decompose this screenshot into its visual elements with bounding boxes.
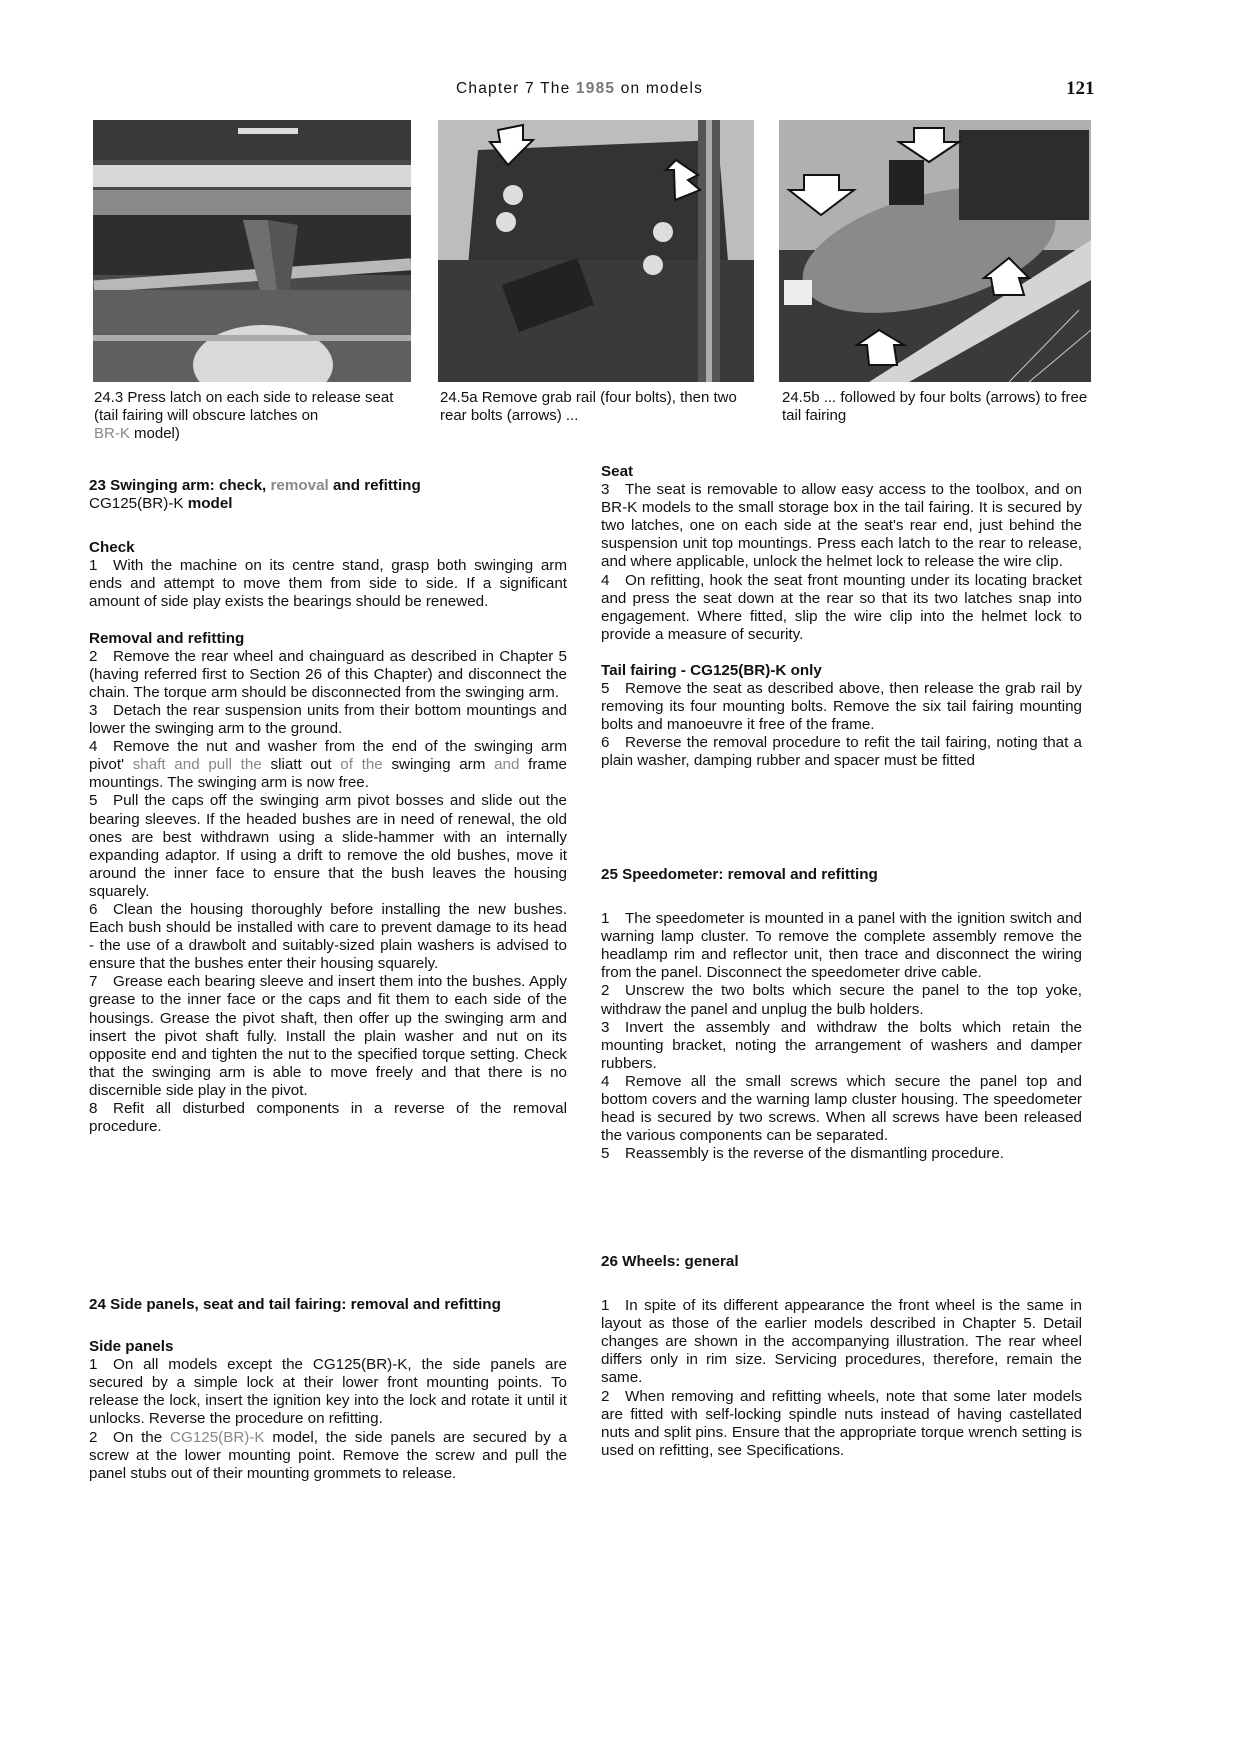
para-number: 1 — [601, 1297, 625, 1315]
caption-text: ... followed by four bolts (arrows) to f… — [782, 389, 1087, 424]
photo-24-3 — [93, 120, 411, 382]
removal-heading: Removal and refitting — [89, 630, 567, 648]
photo-24-5b — [779, 120, 1091, 382]
caption-24-5b: 24.5b ... followed by four bolts (arrows… — [782, 389, 1102, 425]
para-number: 4 — [601, 572, 625, 590]
paragraph: 3The seat is removable to allow easy acc… — [601, 481, 1082, 571]
check-heading: Check — [89, 539, 567, 557]
caption-24-5a: 24.5a Remove grab rail (four bolts), the… — [440, 389, 760, 425]
section-23: 23 Swinging arm: check, removal and refi… — [89, 477, 567, 1136]
model-label: model — [188, 495, 233, 512]
para-text: On all models except the CG125(BR)-K, th… — [89, 1356, 567, 1427]
caption-number: 24.5b — [782, 389, 820, 406]
tail-fairing-heading: Tail fairing - CG125(BR)-K only — [601, 662, 1082, 680]
caption-text: Remove grab rail (four bolts), then two … — [440, 389, 737, 424]
para-number: 4 — [601, 1073, 625, 1091]
paragraph: 1On all models except the CG125(BR)-K, t… — [89, 1356, 567, 1428]
seat-heading: Seat — [601, 463, 1082, 481]
para-text: Reassembly is the reverse of the dismant… — [625, 1145, 1004, 1162]
para-text: swinging arm — [391, 756, 485, 773]
paragraph: 3Invert the assembly and withdraw the bo… — [601, 1019, 1082, 1073]
para-text: Remove the seat as described above, then… — [601, 680, 1082, 733]
paragraph: 8Refit all disturbed components in a rev… — [89, 1100, 567, 1136]
para-number: 3 — [601, 481, 625, 499]
para-text: Unscrew the two bolts which secure the p… — [601, 982, 1082, 1017]
section-26-title: 26 Wheels: general — [601, 1253, 1082, 1271]
paragraph: 1With the machine on its centre stand, g… — [89, 557, 567, 611]
paragraph: 1The speedometer is mounted in a panel w… — [601, 910, 1082, 982]
para-number: 8 — [89, 1100, 113, 1118]
para-text: Remove the rear wheel and chainguard as … — [89, 648, 567, 701]
paragraph: 2Remove the rear wheel and chainguard as… — [89, 648, 567, 702]
paragraph: 5Remove the seat as described above, the… — [601, 680, 1082, 734]
section-23-subtitle: CG125(BR)-K model — [89, 495, 567, 513]
caption-text: Press latch on each side to release seat… — [94, 389, 393, 424]
paragraph: 2When removing and refitting wheels, not… — [601, 1388, 1082, 1460]
section-24: 24 Side panels, seat and tail fairing: r… — [89, 1296, 567, 1483]
side-panels-heading: Side panels — [89, 1338, 567, 1356]
para-text: The seat is removable to allow easy acce… — [601, 481, 1082, 570]
chapter-title: Chapter 7 The 1985 on models — [456, 80, 703, 98]
section-24-title: 24 Side panels, seat and tail fairing: r… — [89, 1296, 567, 1314]
caption-number: 24.3 — [94, 389, 123, 406]
para-number: 5 — [601, 680, 625, 698]
para-number: 4 — [89, 738, 113, 756]
photo-seat-latch-icon — [93, 120, 411, 382]
photo-grab-rail-icon — [438, 120, 754, 382]
para-text: Pull the caps off the swinging arm pivot… — [89, 792, 567, 899]
paragraph: 5Pull the caps off the swinging arm pivo… — [89, 792, 567, 901]
page-number: 121 — [1066, 78, 1095, 100]
photo-tail-fairing-icon — [779, 120, 1091, 382]
caption-24-3: 24.3 Press latch on each side to release… — [94, 389, 414, 443]
paragraph: 4Remove the nut and washer from the end … — [89, 738, 567, 792]
para-number: 6 — [89, 901, 113, 919]
para-text: Grease each bearing sleeve and insert th… — [89, 973, 567, 1099]
title-part: 23 Swinging arm: check, — [89, 477, 266, 494]
para-number: 3 — [601, 1019, 625, 1037]
caption-tail: model) — [134, 425, 180, 442]
para-number: 3 — [89, 702, 113, 720]
section-25: 25 Speedometer: removal and refitting 1T… — [601, 866, 1082, 1163]
section-23-title: 23 Swinging arm: check, removal and refi… — [89, 477, 567, 495]
para-number: 6 — [601, 734, 625, 752]
paragraph: 2On the CG125(BR)-K model, the side pane… — [89, 1429, 567, 1483]
paragraph: 5Reassembly is the reverse of the disman… — [601, 1145, 1082, 1163]
para-text-grey: shaft and pull the — [133, 756, 262, 773]
title-part-grey: removal — [270, 477, 328, 494]
para-text: The speedometer is mounted in a panel wi… — [601, 910, 1082, 981]
para-text-grey: of the — [340, 756, 382, 773]
para-text-grey: CG125(BR)-K — [170, 1429, 265, 1446]
chapter-prefix: Chapter 7 The — [456, 80, 570, 97]
paragraph: 4On refitting, hook the seat front mount… — [601, 572, 1082, 644]
paragraph: 6Clean the housing thoroughly before ins… — [89, 901, 567, 973]
para-text-grey: and — [494, 756, 519, 773]
paragraph: 7Grease each bearing sleeve and insert t… — [89, 973, 567, 1100]
paragraph: 2Unscrew the two bolts which secure the … — [601, 982, 1082, 1018]
para-text: Clean the housing thoroughly before inst… — [89, 901, 567, 972]
paragraph: 4Remove all the small screws which secur… — [601, 1073, 1082, 1145]
photo-24-5a — [438, 120, 754, 382]
para-number: 1 — [89, 557, 113, 575]
para-text: On the — [113, 1429, 162, 1446]
chapter-year: 1985 — [576, 80, 615, 97]
para-number: 1 — [601, 910, 625, 928]
para-text: On refitting, hook the seat front mounti… — [601, 572, 1082, 643]
page-header: Chapter 7 The 1985 on models 121 — [0, 78, 1240, 108]
title-part: and refitting — [333, 477, 421, 494]
para-text: Remove all the small screws which secure… — [601, 1073, 1082, 1144]
paragraph: 6Reverse the removal procedure to refit … — [601, 734, 1082, 770]
para-text: Refit all disturbed components in a reve… — [89, 1100, 567, 1135]
para-text: When removing and refitting wheels, note… — [601, 1388, 1082, 1459]
para-text: sliatt out — [271, 756, 332, 773]
paragraph: 1In spite of its different appearance th… — [601, 1297, 1082, 1387]
paragraph: 3Detach the rear suspension units from t… — [89, 702, 567, 738]
para-text: With the machine on its centre stand, gr… — [89, 557, 567, 610]
para-number: 1 — [89, 1356, 113, 1374]
para-number: 7 — [89, 973, 113, 991]
para-text: In spite of its different appearance the… — [601, 1297, 1082, 1386]
para-number: 5 — [89, 792, 113, 810]
para-number: 2 — [601, 1388, 625, 1406]
section-26: 26 Wheels: general 1In spite of its diff… — [601, 1253, 1082, 1460]
para-number: 2 — [89, 1429, 113, 1447]
para-number: 2 — [601, 982, 625, 1000]
para-text: Reverse the removal procedure to refit t… — [601, 734, 1082, 769]
caption-model-grey: BR-K — [94, 425, 130, 442]
para-number: 2 — [89, 648, 113, 666]
para-text: Invert the assembly and withdraw the bol… — [601, 1019, 1082, 1072]
para-number: 5 — [601, 1145, 625, 1163]
section-25-title: 25 Speedometer: removal and refitting — [601, 866, 1082, 884]
para-text: Detach the rear suspension units from th… — [89, 702, 567, 737]
caption-number: 24.5a — [440, 389, 478, 406]
model-name: CG125(BR)-K — [89, 495, 184, 512]
seat-and-tail-section: Seat 3The seat is removable to allow eas… — [601, 463, 1082, 771]
chapter-suffix: on models — [621, 80, 703, 97]
